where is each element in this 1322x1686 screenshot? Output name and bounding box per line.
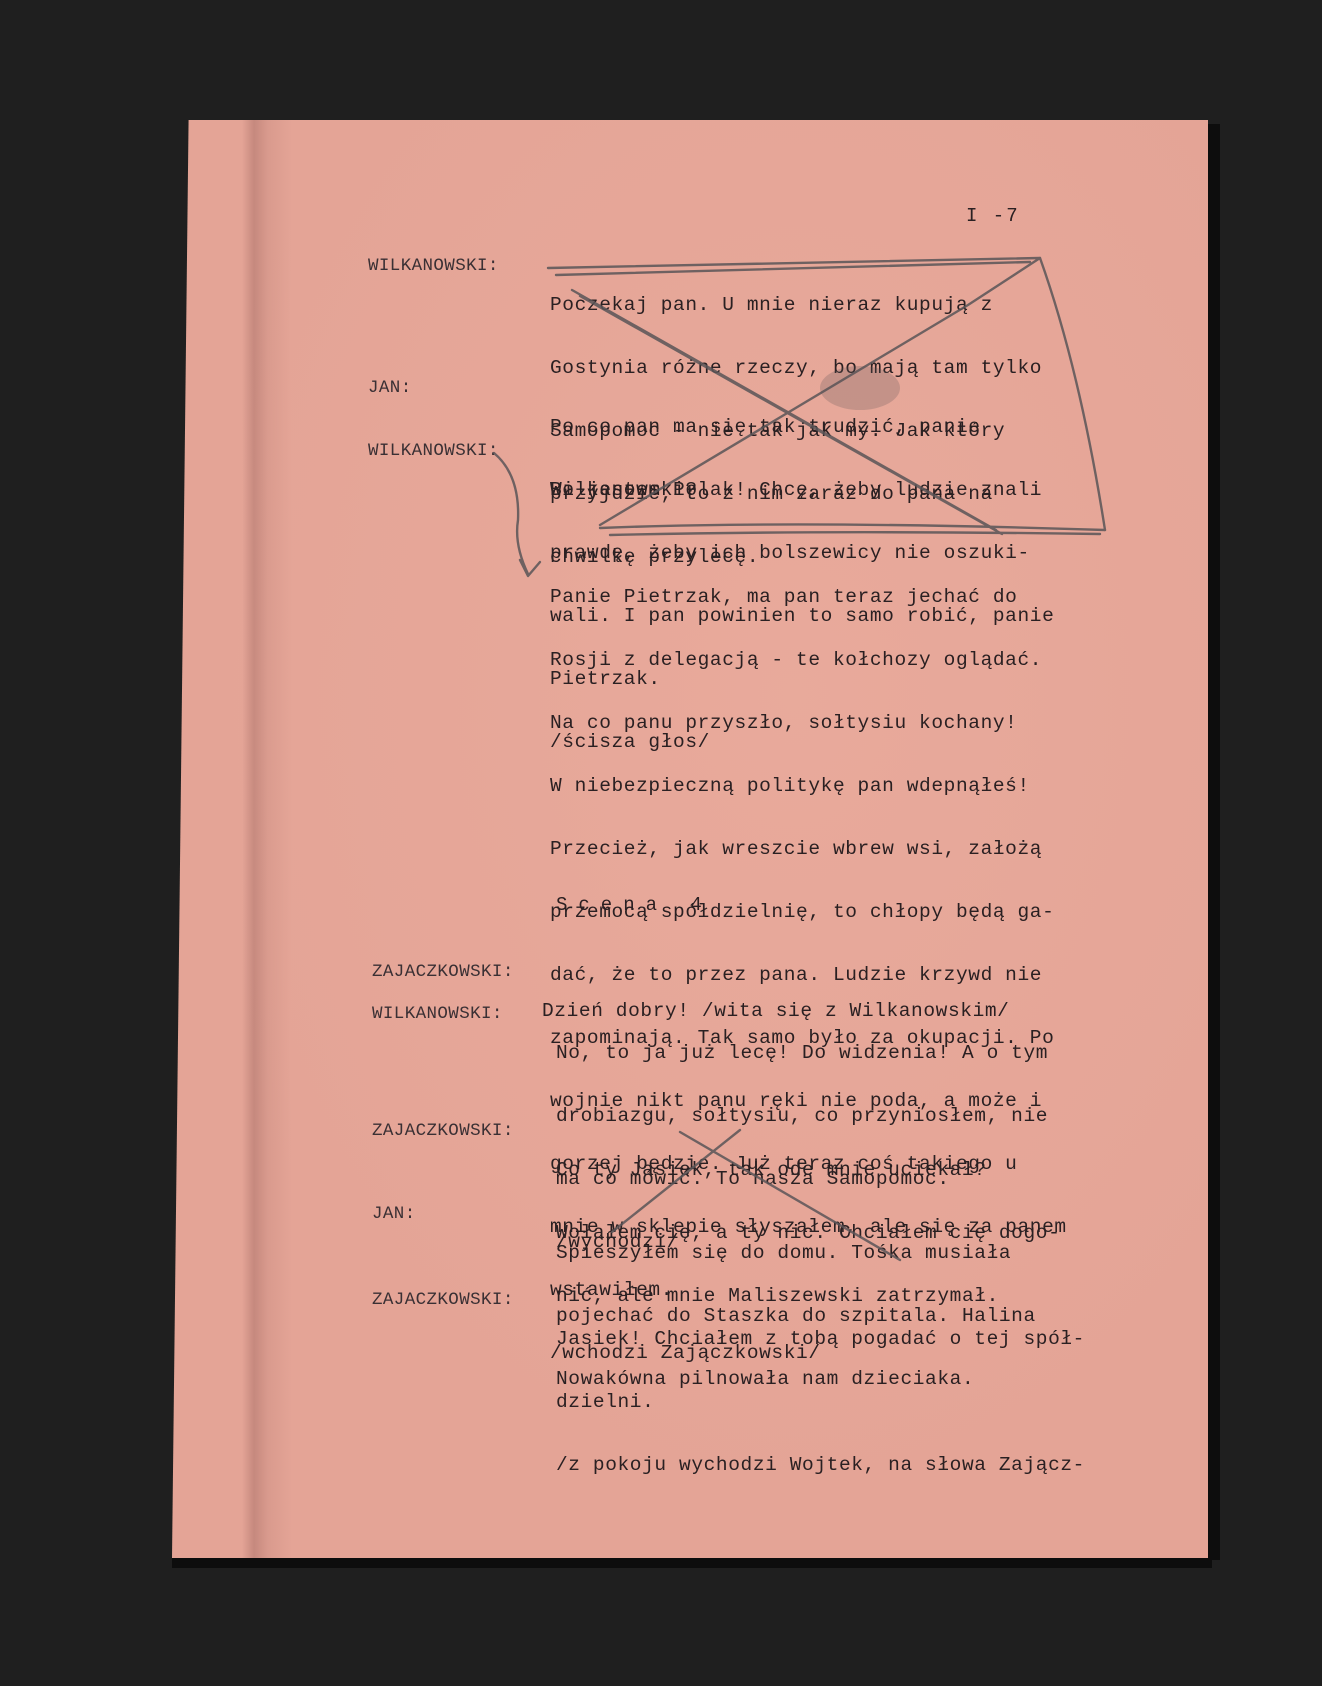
speaker-label: JAN: (372, 1204, 416, 1224)
dialogue-line: Bo jestem Polak! Chcę, żeby ludzie znali (550, 480, 1054, 501)
dialogue-line: Po co pan ma się tak trudzić, panie (550, 417, 981, 438)
dialogue-line: Poczekaj pan. U mnie nieraz kupują z (550, 295, 1042, 316)
dialogue-line: Jasiek! Chciałem z tobą pogadać o tej sp… (556, 1329, 1085, 1350)
scene-heading: Scena 4 (556, 894, 713, 916)
dialogue-line: Na co panu przyszło, sołtysiu kochany! (550, 713, 1067, 734)
dialogue-line: W niebezpieczną politykę pan wdepnąłeś! (550, 776, 1067, 797)
speaker-label: ZAJACZKOWSKI: (372, 1121, 514, 1141)
dialogue-line: Rosji z delegacją - te kołchozy oglądać. (550, 650, 1067, 671)
dialogue-line: No, to ja już lecę! Do widzenia! A o tym (556, 1043, 1048, 1064)
dialogue-line: dzielni. (556, 1392, 1085, 1413)
page-shadow-right (1208, 124, 1220, 1560)
speaker-label: ZAJACZKOWSKI: (372, 1290, 514, 1310)
speaker-label: WILKANOWSKI: (372, 1004, 503, 1024)
page-number: I -7 (966, 205, 1020, 227)
dialogue-line: Panie Pietrzak, ma pan teraz jechać do (550, 587, 1067, 608)
dialogue-line: Przecież, jak wreszcie wbrew wsi, założą (550, 839, 1067, 860)
dialogue-line: Co ty Jasiek, tak ode mnie uciekał? (556, 1160, 1060, 1181)
dialogue-line: Spieszyłem się do domu. Tośka musiała (556, 1243, 1036, 1264)
speaker-label: WILKANOWSKI: (368, 441, 499, 461)
speaker-label: WILKANOWSKI: (368, 256, 499, 276)
page-shadow-bottom (172, 1558, 1212, 1568)
dialogue-block: Jasiek! Chciałem z tobą pogadać o tej sp… (556, 1287, 1085, 1497)
speaker-label: ZAJACZKOWSKI: (372, 962, 514, 982)
stage-direction: /z pokoju wychodzi Wojtek, na słowa Zają… (556, 1455, 1085, 1476)
speaker-label: JAN: (368, 378, 412, 398)
